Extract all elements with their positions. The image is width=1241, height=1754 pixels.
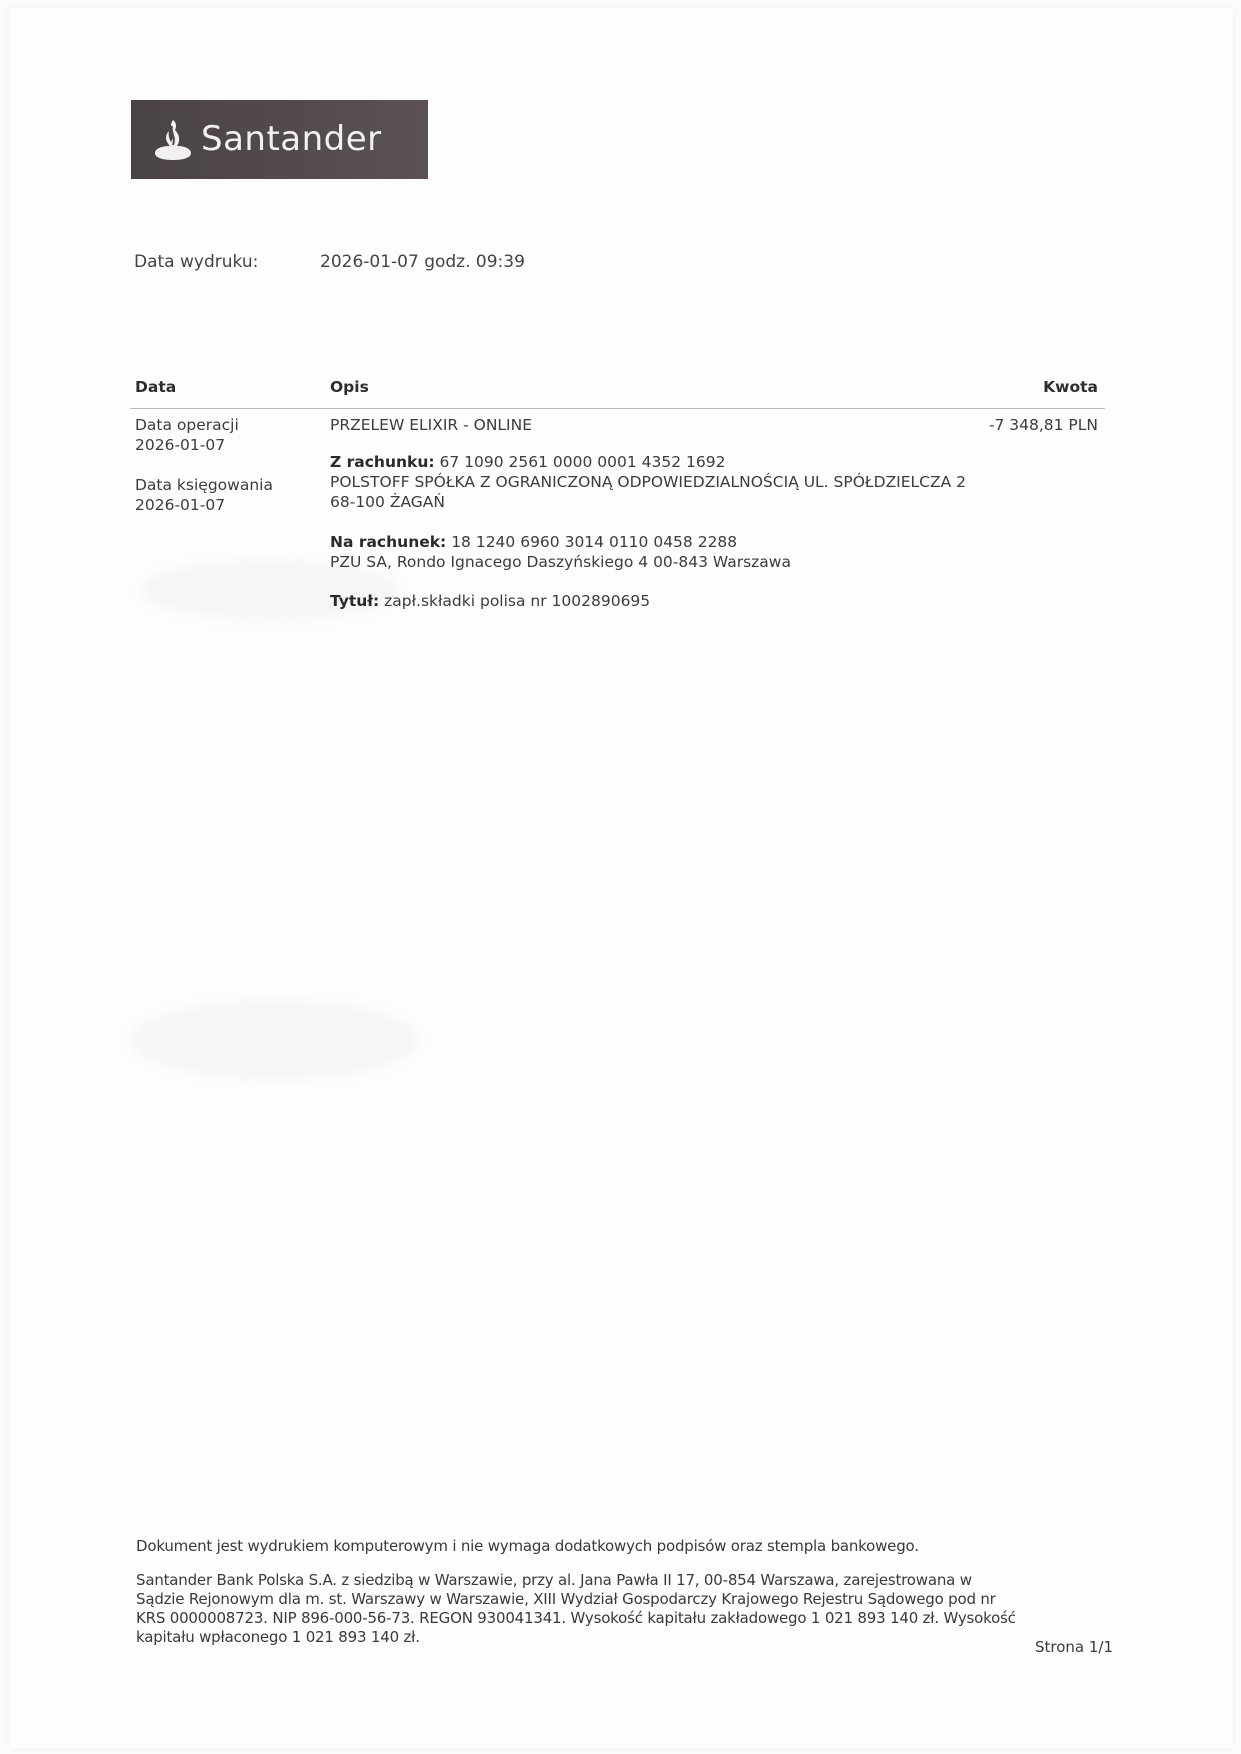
booking-date: 2026-01-07 <box>135 495 273 515</box>
page-number: Strona 1/1 <box>1035 1638 1113 1656</box>
transaction-type: PRZELEW ELIXIR - ONLINE <box>330 415 532 435</box>
from-account-label: Z rachunku: <box>330 453 435 471</box>
transaction-amount: -7 348,81 PLN <box>989 415 1098 435</box>
operation-date-label: Data operacji <box>135 415 239 435</box>
flame-icon <box>153 118 193 162</box>
to-account-number: 18 1240 6960 3014 0110 0458 2288 <box>451 533 737 551</box>
to-account-holder: PZU SA, Rondo Ignacego Daszyńskiego 4 00… <box>330 552 791 572</box>
from-account-holder-line2: 68-100 ŻAGAŃ <box>330 492 966 512</box>
to-account-label: Na rachunek: <box>330 533 446 551</box>
from-account-number: 67 1090 2561 0000 0001 4352 1692 <box>440 453 726 471</box>
header-divider <box>130 408 1105 409</box>
from-account-holder-line1: POLSTOFF SPÓŁKA Z OGRANICZONĄ ODPOWIEDZI… <box>330 472 966 492</box>
from-account-block: Z rachunku: 67 1090 2561 0000 0001 4352 … <box>330 452 966 512</box>
transfer-title-block: Tytuł: zapł.składki polisa nr 1002890695 <box>330 591 650 611</box>
print-date-value: 2026-01-07 godz. 09:39 <box>320 252 525 272</box>
footer-note: Dokument jest wydrukiem komputerowym i n… <box>136 1537 919 1555</box>
operation-date-block: Data operacji 2026-01-07 <box>135 415 239 455</box>
column-header-amount: Kwota <box>1043 378 1098 396</box>
transfer-title: zapł.składki polisa nr 1002890695 <box>384 592 650 610</box>
print-date-label: Data wydruku: <box>134 252 258 272</box>
booking-date-block: Data księgowania 2026-01-07 <box>135 475 273 515</box>
brand-name: Santander <box>201 119 382 159</box>
to-account-block: Na rachunek: 18 1240 6960 3014 0110 0458… <box>330 532 791 572</box>
santander-logo: Santander <box>131 100 428 179</box>
transfer-title-label: Tytuł: <box>330 592 379 610</box>
column-header-date: Data <box>135 378 176 396</box>
column-header-description: Opis <box>330 378 369 396</box>
booking-date-label: Data księgowania <box>135 475 273 495</box>
scan-artifact <box>130 1000 420 1080</box>
footer-legal-text: Santander Bank Polska S.A. z siedzibą w … <box>136 1571 1016 1647</box>
operation-date: 2026-01-07 <box>135 435 239 455</box>
